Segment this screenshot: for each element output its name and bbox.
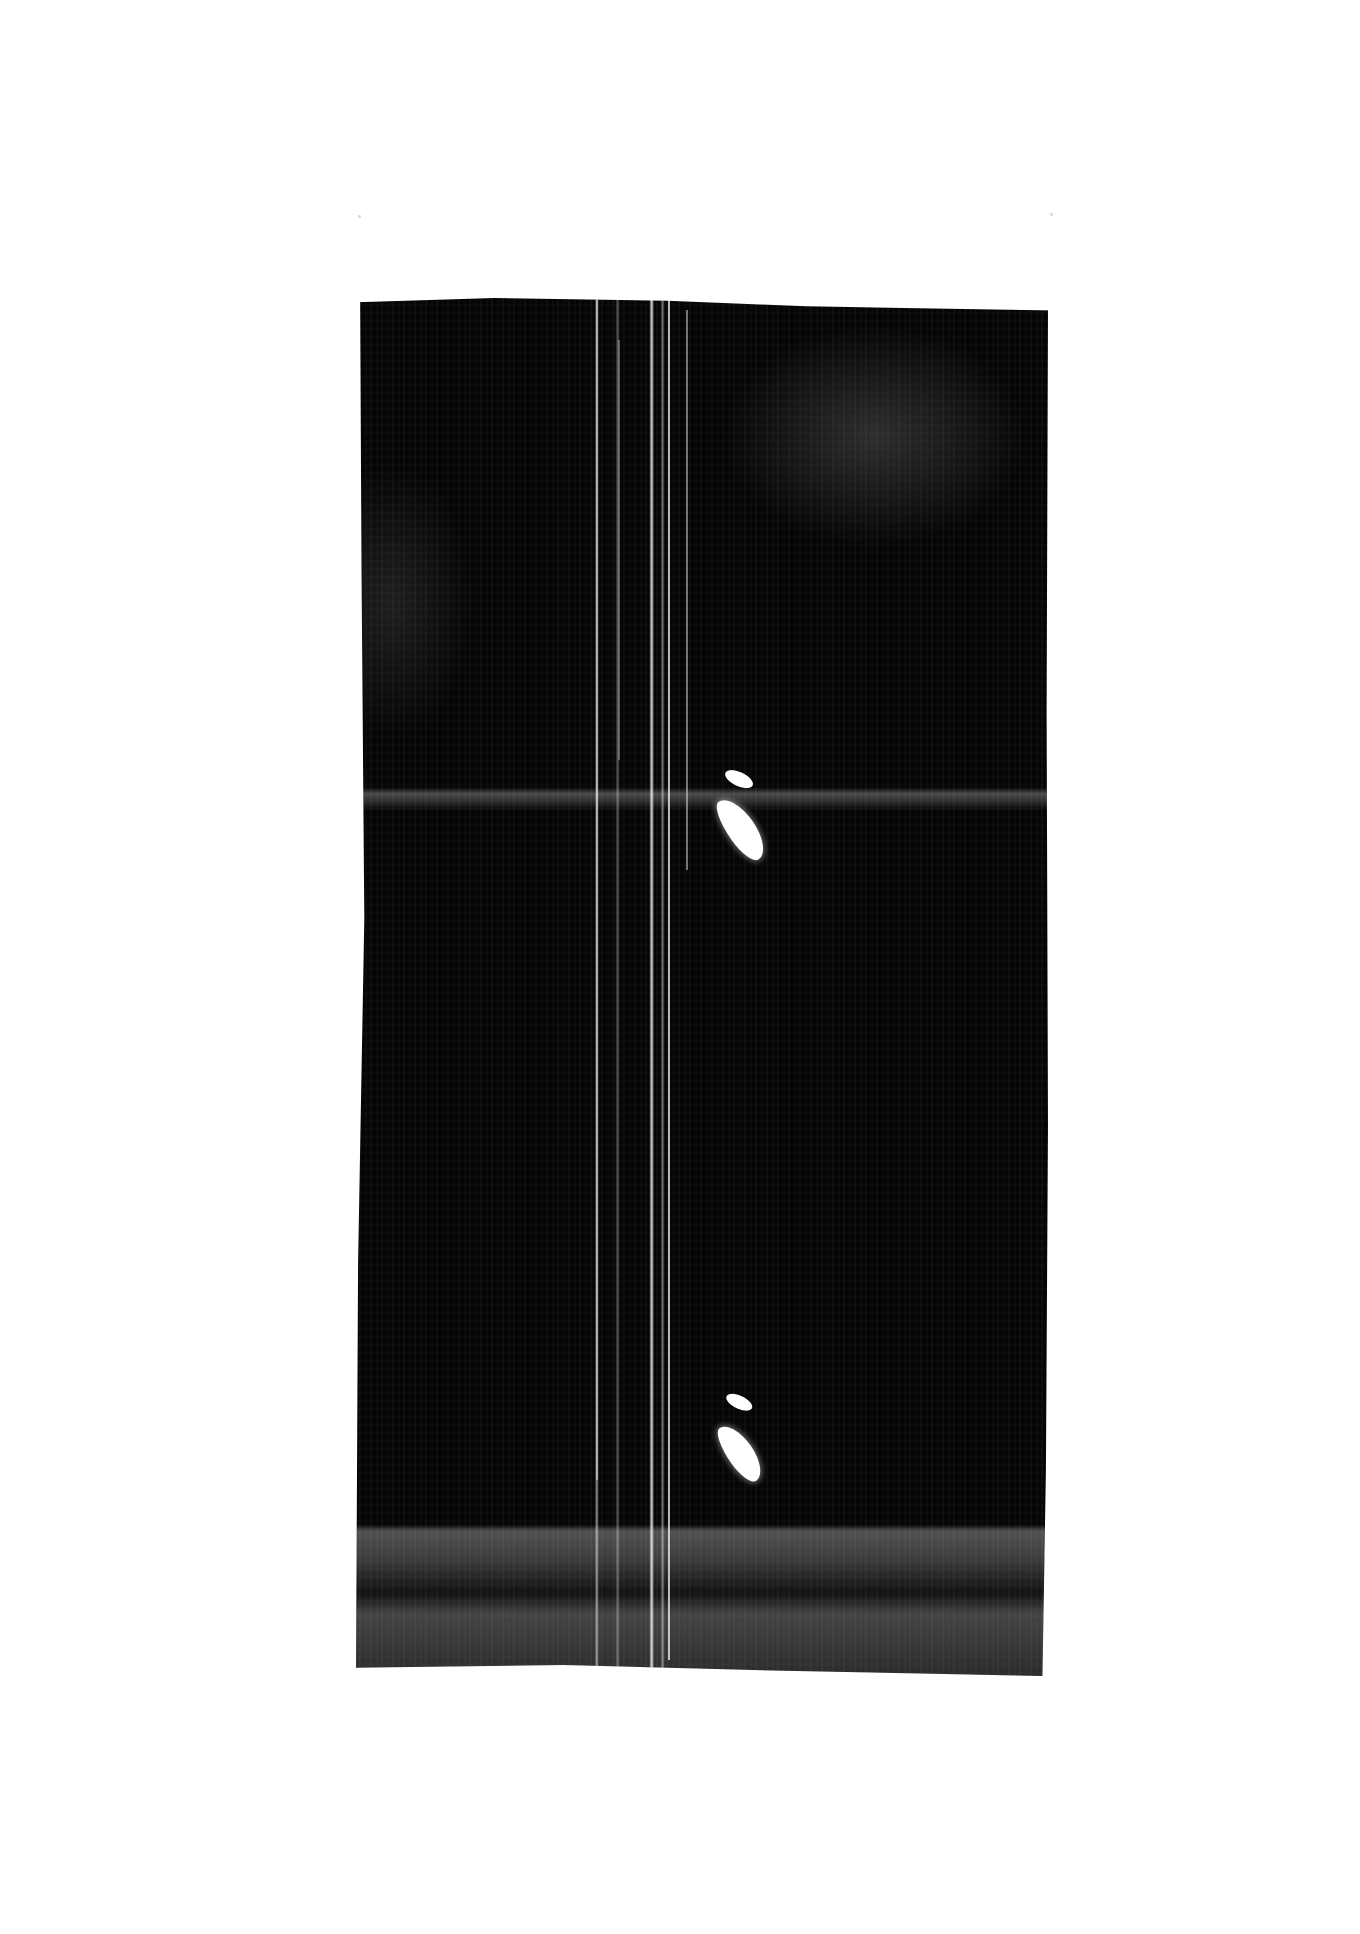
vertical-streak	[596, 300, 598, 1480]
scanned-page: Single vertical rubbing sheet, heavily i…	[0, 0, 1360, 1934]
ink-rubbing	[356, 298, 1048, 1676]
registration-mark-right	[1050, 213, 1053, 216]
vertical-streak	[668, 300, 670, 1660]
vertical-streak	[618, 340, 620, 760]
registration-mark-left	[358, 215, 361, 218]
vertical-streak	[686, 310, 688, 870]
